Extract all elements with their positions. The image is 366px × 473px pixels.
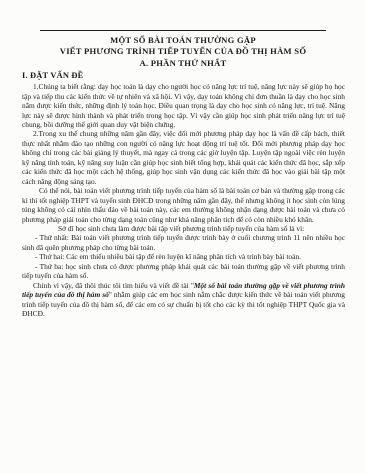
closing-paragraph: Chính vì vậy, đã thôi thúc tôi tìm hiểu …	[22, 281, 345, 319]
document-title-line3: A. PHẦN THỨ NHẤT	[26, 58, 340, 69]
document-header: MỘT SỐ BÀI TOÁN THƯỜNG GẶP VIẾT PHƯƠNG T…	[26, 30, 340, 69]
section-heading: I. ĐẶT VẤN ĐỀ	[22, 71, 366, 81]
document-body: 1.Chúng ta biết rằng: dạy học toán là dạ…	[22, 82, 345, 318]
header-rule	[40, 30, 326, 31]
closing-prefix: Chính vì vậy, đã thôi thúc tôi tìm hiểu …	[33, 281, 194, 290]
paragraph-reasons-lead: Sở dĩ học sinh chưa làm được bài tập viế…	[22, 224, 345, 233]
document-page: MỘT SỐ BÀI TOÁN THƯỜNG GẶP VIẾT PHƯƠNG T…	[0, 0, 366, 473]
bullet-reason-3: - Thứ ba: học sinh chưa có được phương p…	[22, 262, 345, 281]
paragraph-intro-1: 1.Chúng ta biết rằng: dạy học toán là dạ…	[22, 82, 345, 129]
document-title-line1: MỘT SỐ BÀI TOÁN THƯỜNG GẶP	[26, 35, 340, 46]
bullet-reason-2: - Thứ hai: Các em thiếu nhiều bài tập để…	[22, 252, 345, 261]
paragraph-problem: Có thể nói, bài toán viết phương trình t…	[22, 186, 345, 224]
document-title-line2: VIẾT PHƯƠNG TRÌNH TIẾP TUYẾN CỦA ĐỒ THỊ …	[26, 46, 340, 57]
bullet-reason-1: - Thứ nhất: Bài toán viết phương trình t…	[22, 233, 345, 252]
paragraph-intro-2: 2.Trong xu thế chung những năm gần đây, …	[22, 129, 345, 186]
